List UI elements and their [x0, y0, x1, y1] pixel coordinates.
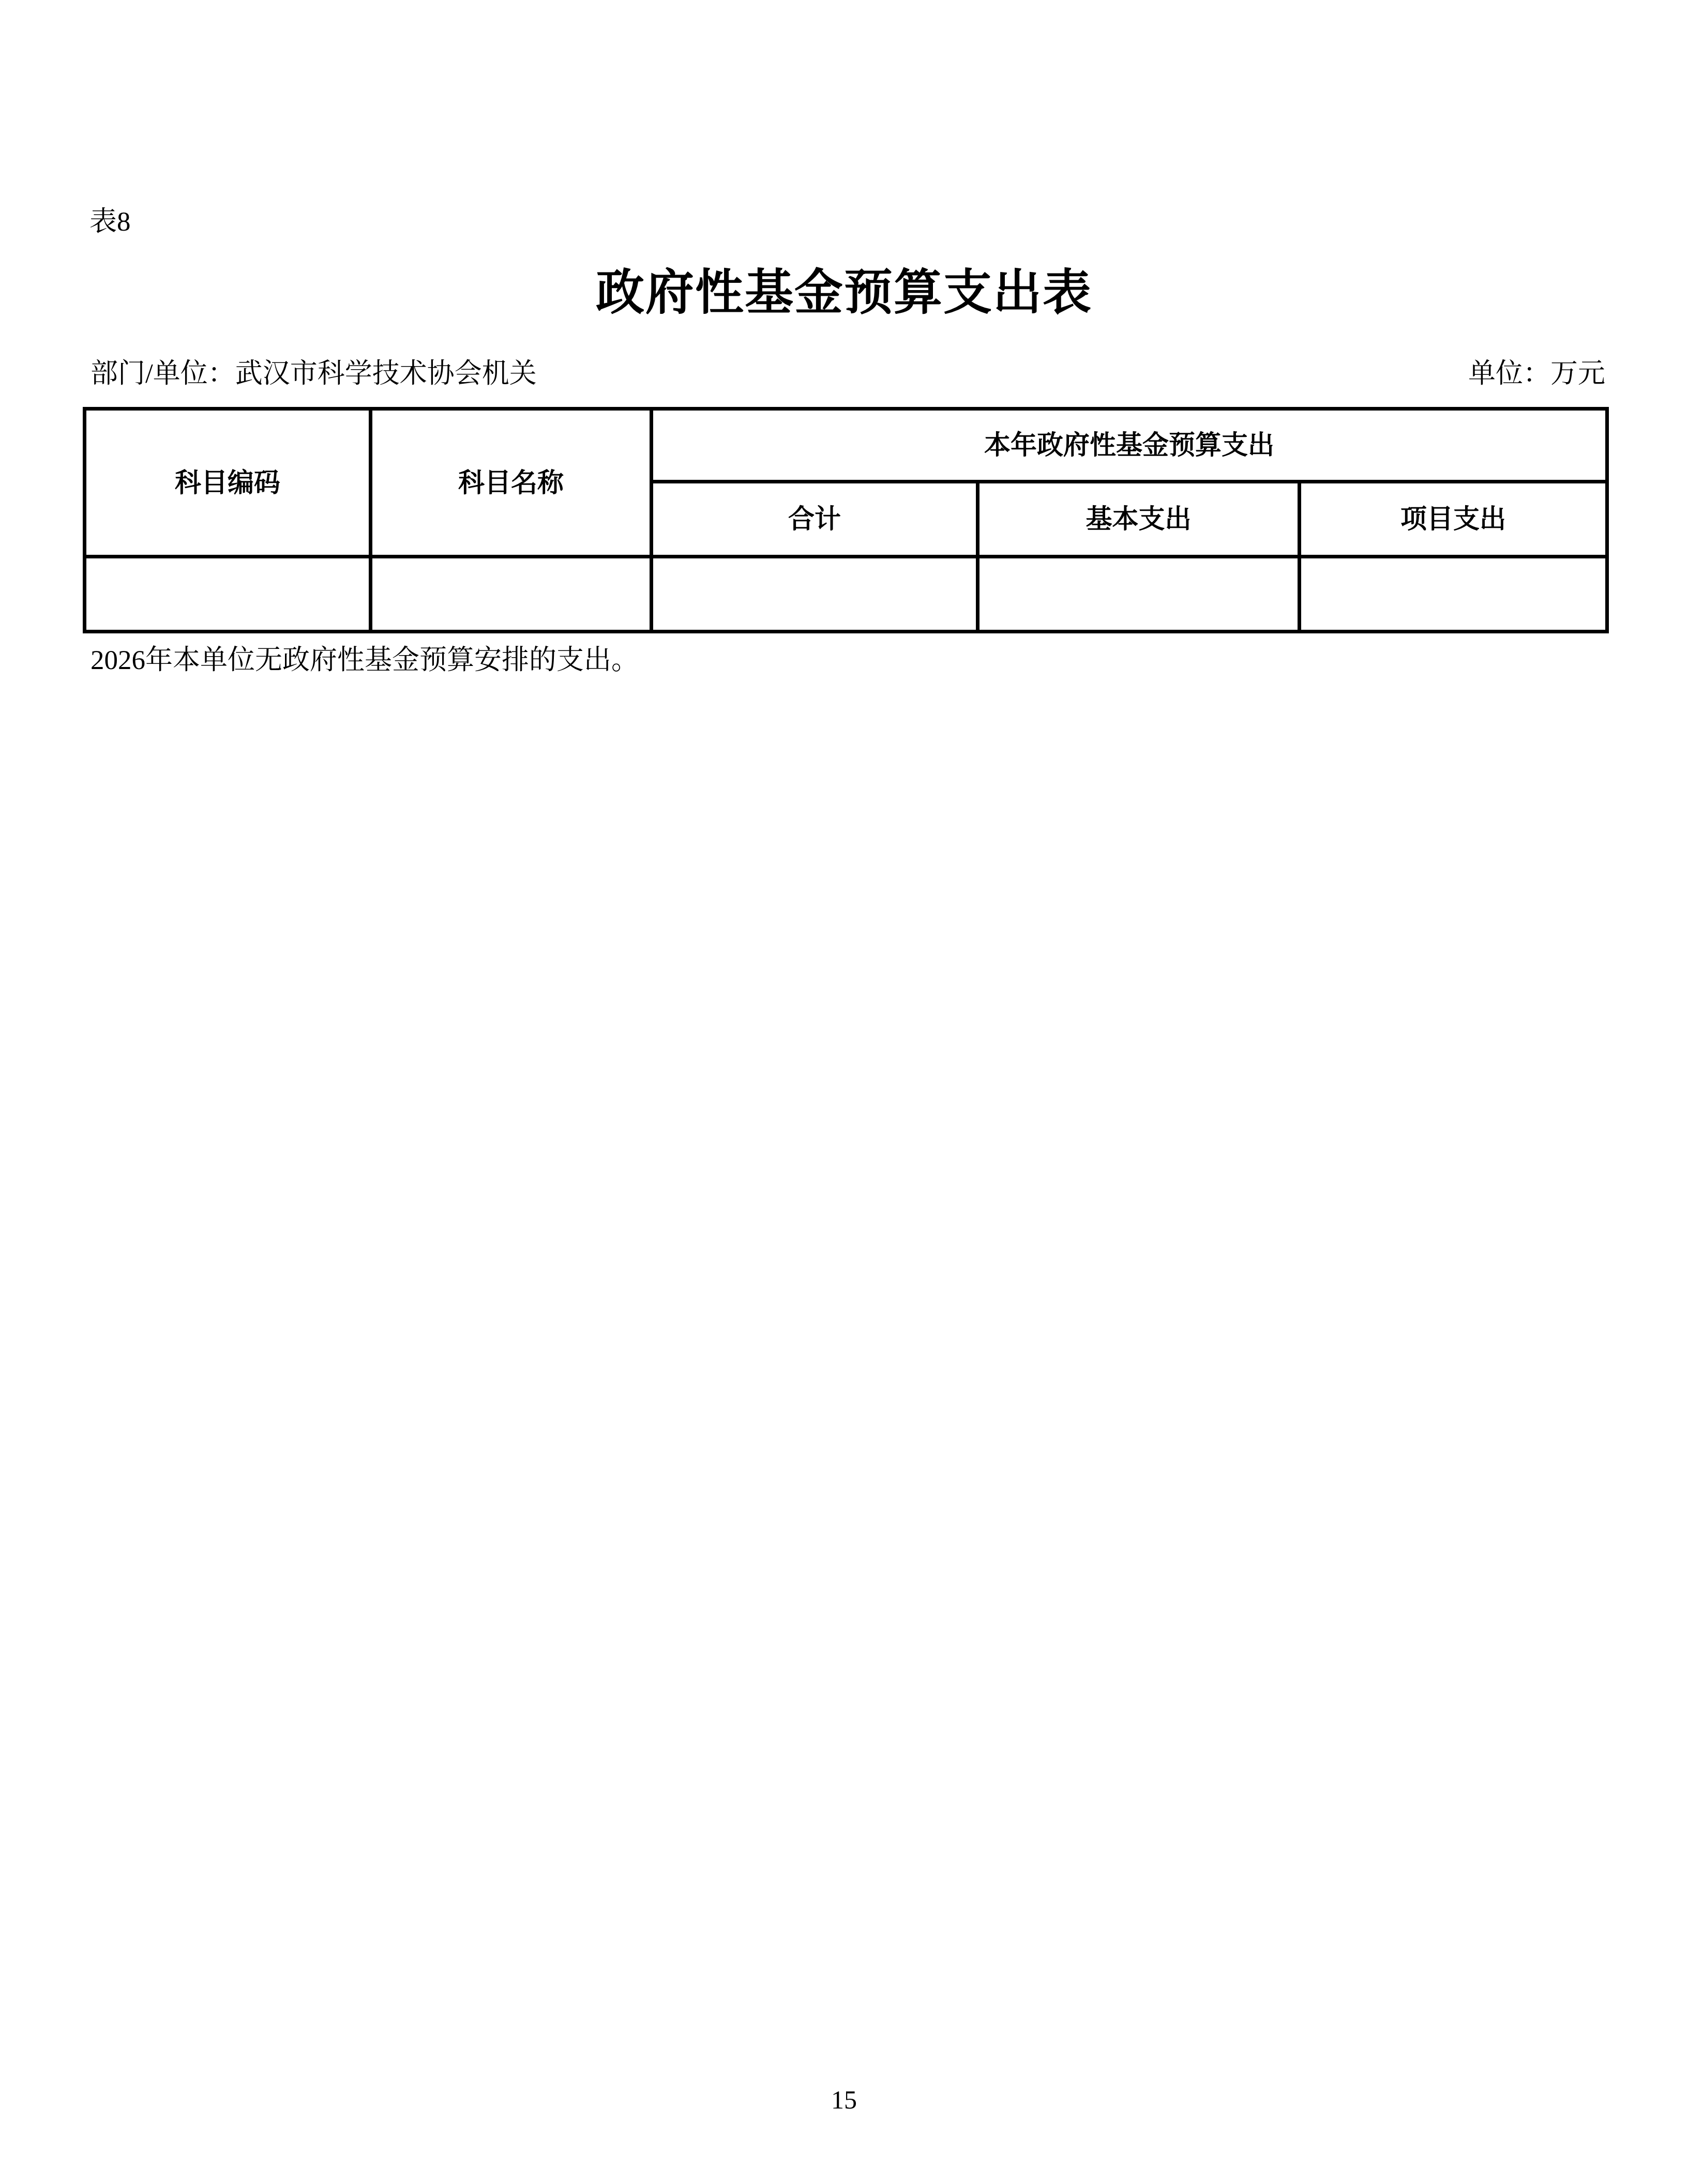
column-header-subject-code: 科目编码: [85, 409, 371, 557]
table-number-label: 表8: [89, 207, 131, 237]
page-number: 15: [0, 2086, 1688, 2114]
note-text: 2026年本单位无政府性基金预算安排的支出。: [91, 645, 639, 676]
column-header-project-expenditure: 项目支出: [1300, 482, 1607, 557]
document-page: 表8 政府性基金预算支出表 部门/单位：武汉市科学技术协会机关 单位：万元 科目…: [0, 0, 1688, 2184]
column-header-total: 合计: [652, 482, 978, 557]
government-fund-budget-table: 科目编码 科目名称 本年政府性基金预算支出 合计 基本支出 项目支出: [83, 407, 1609, 633]
cell-total: [652, 557, 978, 632]
cell-project-expenditure: [1300, 557, 1607, 632]
table-row: [85, 557, 1607, 632]
unit-of-measure-label: 单位：万元: [1468, 359, 1605, 389]
cell-basic-expenditure: [978, 557, 1300, 632]
cell-subject-code: [85, 557, 371, 632]
meta-row: 部门/单位：武汉市科学技术协会机关 单位：万元: [91, 359, 1605, 389]
department-unit-label: 部门/单位：武汉市科学技术协会机关: [91, 359, 537, 389]
cell-subject-name: [371, 557, 652, 632]
page-title: 政府性基金预算支出表: [0, 268, 1688, 319]
column-header-basic-expenditure: 基本支出: [978, 482, 1300, 557]
column-header-subject-name: 科目名称: [371, 409, 652, 557]
column-group-header-current-year-expenditure: 本年政府性基金预算支出: [652, 409, 1607, 482]
